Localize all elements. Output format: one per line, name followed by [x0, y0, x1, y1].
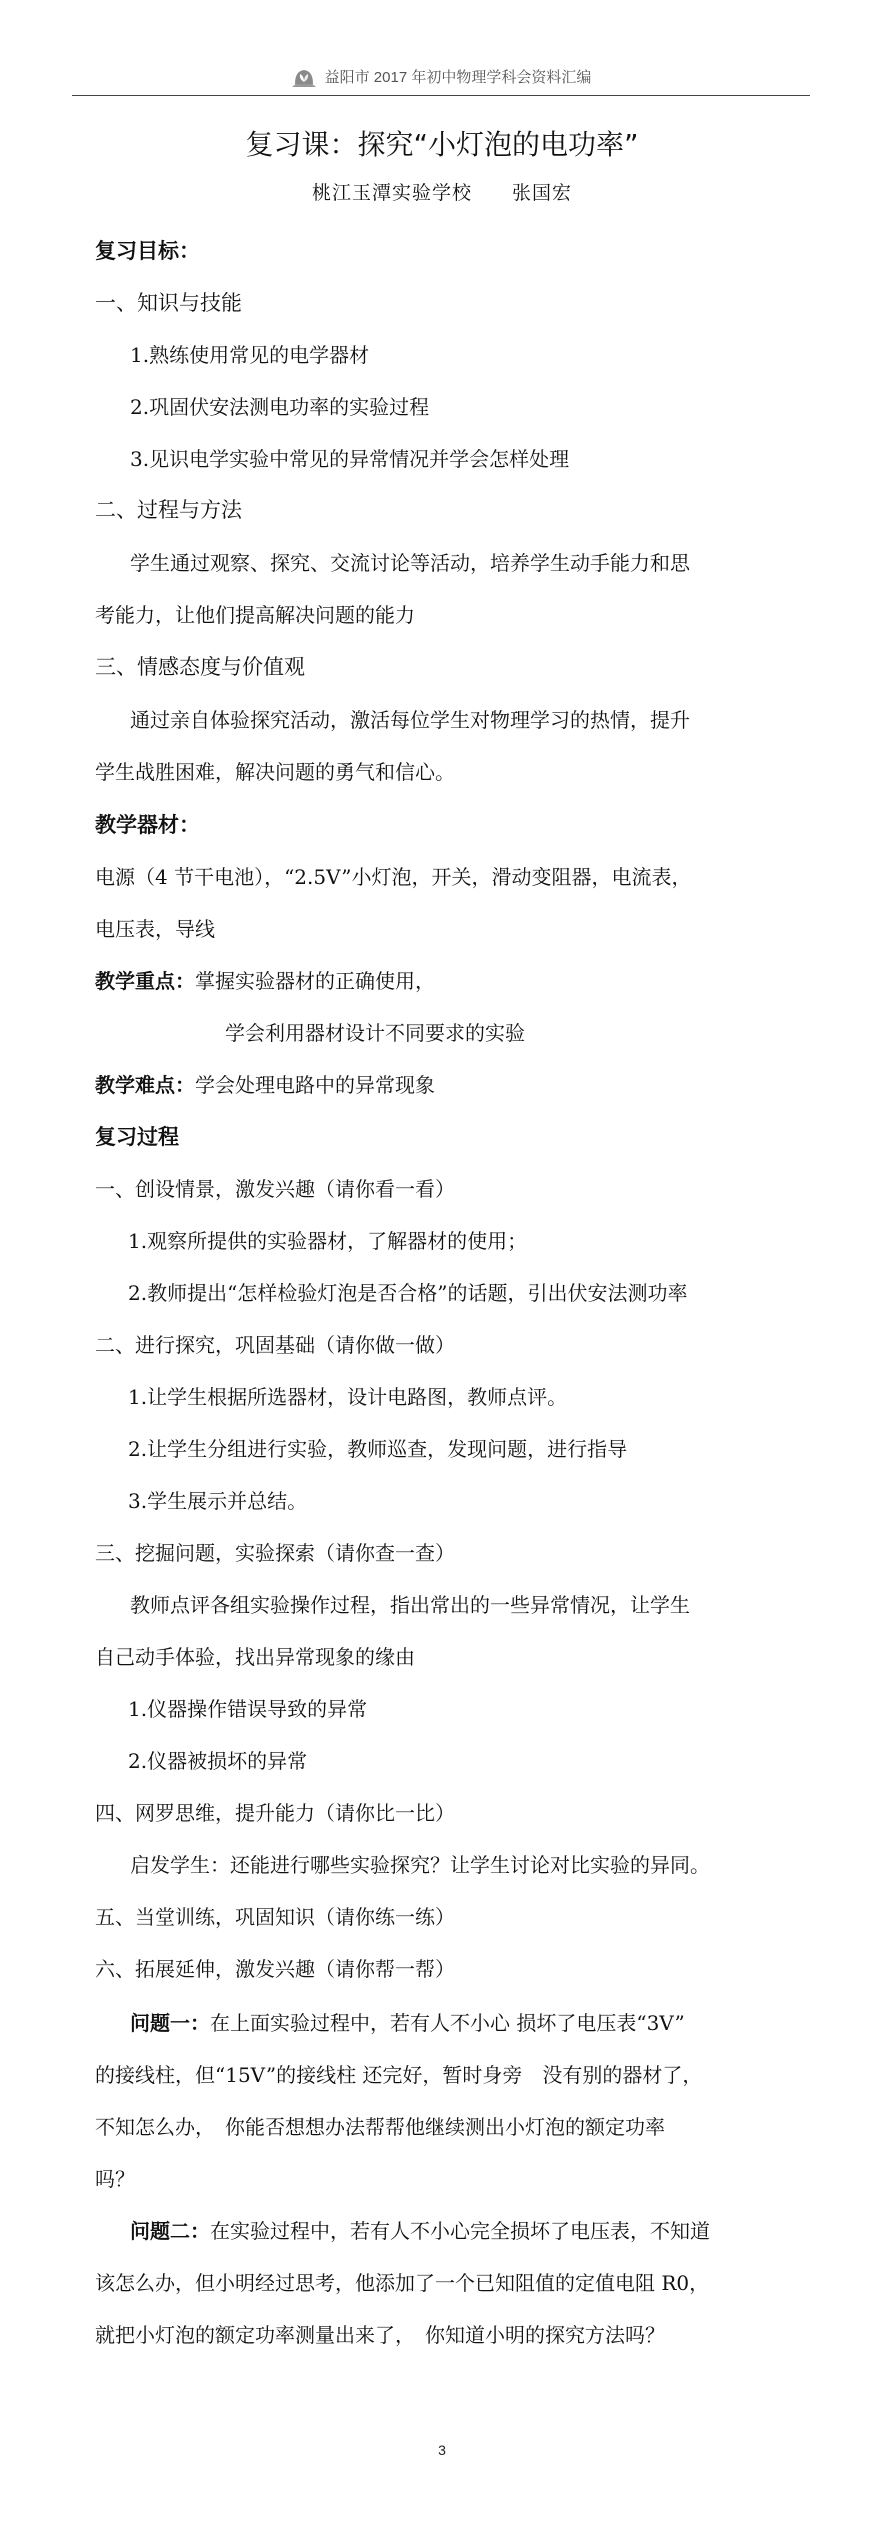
page-header: 益阳市 2017 年初中物理学科会资料汇编: [72, 64, 810, 94]
key-points-text: 学会利用器材设计不同要求的实验: [225, 1018, 884, 1048]
book-leaf-logo-icon: [291, 68, 317, 88]
knowledge-item: 2.巩固伏安法测电功率的实验过程: [130, 392, 845, 422]
step-item: 2.让学生分组进行实验，教师巡查，发现问题，进行指导: [128, 1434, 843, 1464]
step-heading: 一、创设情景，激发兴趣（请你看一看）: [95, 1174, 810, 1204]
question-text: 在上面实验过程中，若有人不小心 损坏了电压表“3V”: [210, 2011, 685, 2035]
step-item: 1.观察所提供的实验器材，了解器材的使用；: [128, 1226, 843, 1256]
process-text: 考能力，让他们提高解决问题的能力: [95, 600, 810, 630]
step-heading: 四、网罗思维，提升能力（请你比一比）: [95, 1798, 810, 1828]
question-text: 该怎么办，但小明经过思考，他添加了一个已知阻值的定值电阻 R0，: [95, 2268, 810, 2298]
step-item: 3.学生展示并总结。: [128, 1486, 843, 1516]
question-one-label: 问题一：: [130, 2011, 210, 2035]
knowledge-heading: 一、知识与技能: [95, 288, 810, 318]
question-two-label: 问题二：: [130, 2219, 210, 2243]
header-text: 益阳市 2017 年初中物理学科会资料汇编: [325, 69, 592, 86]
question-one: 问题一：在上面实验过程中，若有人不小心 损坏了电压表“3V”: [130, 2008, 845, 2038]
question-text: 的接线柱，但“15V”的接线柱 还完好，暂时身旁 没有别的器材了，: [95, 2060, 810, 2090]
step-heading: 六、拓展延伸，激发兴趣（请你帮一帮）: [95, 1954, 810, 1984]
objectives-heading: 复习目标：: [95, 236, 810, 266]
emotion-heading: 三、情感态度与价值观: [95, 652, 810, 682]
process-text: 学生通过观察、探究、交流讨论等活动，培养学生动手能力和思: [130, 548, 845, 578]
page-number: 3: [0, 2442, 884, 2458]
equipment-text: 电源（4 节干电池），“2.5V”小灯泡，开关，滑动变阻器，电流表，: [95, 862, 810, 892]
knowledge-item: 3.见识电学实验中常见的异常情况并学会怎样处理: [130, 444, 845, 474]
step-item: 2.仪器被损坏的异常: [128, 1746, 843, 1776]
author-name: 张国宏: [512, 182, 572, 204]
author-school: 桃江玉潭实验学校: [312, 182, 472, 204]
step-item: 1.仪器操作错误导致的异常: [128, 1694, 843, 1724]
header-divider: [72, 95, 810, 96]
key-points-text: 掌握实验器材的正确使用，: [195, 969, 435, 993]
step-heading: 五、当堂训练，巩固知识（请你练一练）: [95, 1902, 810, 1932]
step-item: 2.教师提出“怎样检验灯泡是否合格”的话题，引出伏安法测功率: [128, 1278, 843, 1308]
key-points: 教学重点：掌握实验器材的正确使用，: [95, 966, 810, 996]
review-process-heading: 复习过程: [95, 1122, 810, 1152]
equipment-heading: 教学器材：: [95, 810, 810, 840]
step-heading: 二、进行探究，巩固基础（请你做一做）: [95, 1330, 810, 1360]
knowledge-item: 1.熟练使用常见的电学器材: [130, 340, 845, 370]
step-heading: 三、挖掘问题，实验探索（请你查一查）: [95, 1538, 810, 1568]
step-text: 自己动手体验，找出异常现象的缘由: [95, 1642, 810, 1672]
difficulty-text: 学会处理电路中的异常现象: [195, 1073, 435, 1097]
emotion-text: 通过亲自体验探究活动，激活每位学生对物理学习的热情，提升: [130, 705, 845, 735]
step-text: 启发学生：还能进行哪些实验探究？让学生讨论对比实验的异同。: [130, 1850, 845, 1880]
equipment-text: 电压表，导线: [95, 914, 810, 944]
step-text: 教师点评各组实验操作过程，指出常出的一些异常情况，让学生: [130, 1590, 845, 1620]
process-heading: 二、过程与方法: [95, 495, 810, 525]
difficulty-label: 教学难点：: [95, 1073, 195, 1097]
step-item: 1.让学生根据所选器材，设计电路图，教师点评。: [128, 1382, 843, 1412]
key-points-label: 教学重点：: [95, 969, 195, 993]
difficulty: 教学难点：学会处理电路中的异常现象: [95, 1070, 810, 1100]
question-text: 就把小灯泡的额定功率测量出来了， 你知道小明的探究方法吗？: [95, 2320, 810, 2350]
question-two: 问题二：在实验过程中，若有人不小心完全损坏了电压表，不知道: [130, 2216, 845, 2246]
emotion-text: 学生战胜困难，解决问题的勇气和信心。: [95, 757, 810, 787]
author-line: 桃江玉潭实验学校张国宏: [0, 178, 884, 208]
document-title: 复习课：探究“小灯泡的电功率”: [0, 126, 884, 164]
question-text: 不知怎么办， 你能否想想办法帮帮他继续测出小灯泡的额定功率: [95, 2112, 810, 2142]
question-text: 在实验过程中，若有人不小心完全损坏了电压表，不知道: [210, 2219, 710, 2243]
question-text: 吗？: [95, 2164, 810, 2194]
